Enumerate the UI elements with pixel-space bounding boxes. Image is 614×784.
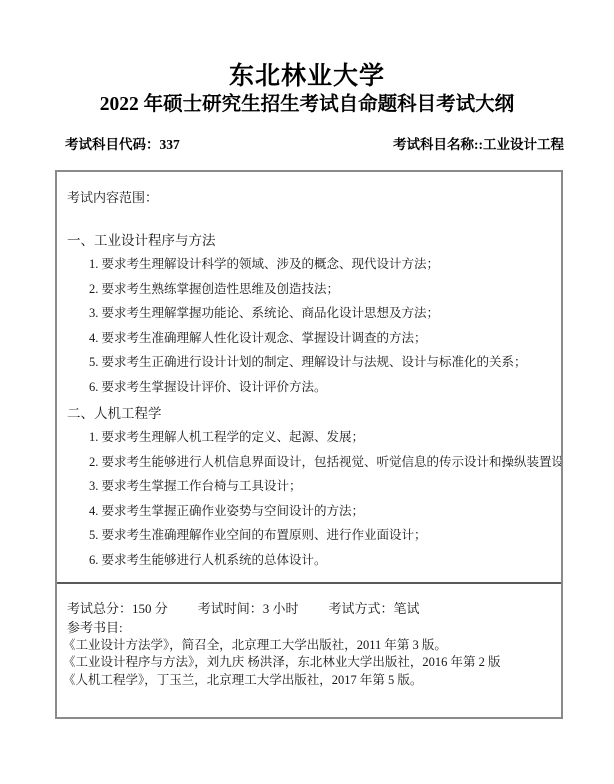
exam-method: 考试方式：笔试 <box>329 600 420 618</box>
section-ergonomics: 二、人机工程学 1. 要求考生理解人机工程学的定义、起源、发展； 2. 要求考生… <box>57 405 561 572</box>
divider-line <box>57 582 561 584</box>
outline-item: 3. 要求考生掌握工作台椅与工具设计； <box>89 474 561 499</box>
total-score: 考试总分：150 分 <box>67 600 168 618</box>
box-footer: 考试总分：150 分 考试时间：3 小时 考试方式：笔试 参考书目: 《工业设计… <box>57 582 561 689</box>
references-label: 参考书目: <box>67 619 561 637</box>
outline-item: 6. 要求考生掌握设计评价、设计评价方法。 <box>89 375 561 400</box>
reference-item: 《工业设计程序与方法》，刘九庆 杨洪泽，东北林业大学出版社，2016 年第 2 … <box>63 654 561 672</box>
content-box: 考试内容范围： 一、工业设计程序与方法 1. 要求考生理解设计科学的领域、涉及的… <box>55 170 563 719</box>
subject-name-label: 考试科目名称:: <box>393 137 483 152</box>
reference-item: 《人机工程学》，丁玉兰，北京理工大学出版社，2017 年第 5 版。 <box>63 672 561 690</box>
outline-item: 2. 要求考生熟练掌握创造性思维及创造技法； <box>89 277 561 302</box>
outline-item: 3. 要求考生理解掌握功能论、系统论、商品化设计思想及方法； <box>89 301 561 326</box>
reference-item: 《工业设计方法学》，简召全，北京理工大学出版社，2011 年第 3 版。 <box>63 637 561 655</box>
outline-item: 2. 要求考生能够进行人机信息界面设计，包括视觉、听觉信息的传示设计和操纵装置设… <box>89 450 561 475</box>
subject-name-value: 工业设计工程 <box>483 137 564 152</box>
section-industrial-design: 一、工业设计程序与方法 1. 要求考生理解设计科学的领域、涉及的概念、现代设计方… <box>57 232 561 399</box>
outline-item: 5. 要求考生准确理解作业空间的布置原则、进行作业面设计； <box>89 523 561 548</box>
outline-item: 1. 要求考生理解人机工程学的定义、起源、发展； <box>89 425 561 450</box>
exam-time: 考试时间：3 小时 <box>198 600 299 618</box>
outline-item: 4. 要求考生准确理解人性化设计观念、掌握设计调查的方法； <box>89 326 561 351</box>
section-1-items: 1. 要求考生理解设计科学的领域、涉及的概念、现代设计方法； 2. 要求考生熟练… <box>57 252 561 399</box>
section-2-items: 1. 要求考生理解人机工程学的定义、起源、发展； 2. 要求考生能够进行人机信息… <box>57 425 561 572</box>
exam-summary: 考试总分：150 分 考试时间：3 小时 考试方式：笔试 <box>67 600 561 618</box>
subject-code-label: 考试科目代码： <box>65 137 160 152</box>
subject-name: 考试科目名称::工业设计工程 <box>393 133 564 153</box>
page-subtitle: 2022 年硕士研究生招生考试自命题科目考试大纲 <box>0 88 614 116</box>
outline-item: 6. 要求考生能够进行人机系统的总体设计。 <box>89 548 561 573</box>
meta-row: 考试科目代码：337 考试科目名称::工业设计工程 <box>65 133 564 153</box>
outline-item: 1. 要求考生理解设计科学的领域、涉及的概念、现代设计方法； <box>89 252 561 277</box>
section-1-heading: 一、工业设计程序与方法 <box>67 232 561 250</box>
subject-code: 考试科目代码：337 <box>65 133 180 153</box>
document-page: 东北林业大学 2022 年硕士研究生招生考试自命题科目考试大纲 考试科目代码：3… <box>0 0 614 784</box>
subject-code-value: 337 <box>160 137 180 152</box>
outline-item: 4. 要求考生掌握正确作业姿势与空间设计的方法； <box>89 499 561 524</box>
page-title: 东北林业大学 <box>0 56 614 92</box>
section-2-heading: 二、人机工程学 <box>67 405 561 423</box>
outline-item: 5. 要求考生正确进行设计计划的制定、理解设计与法规、设计与标准化的关系； <box>89 350 561 375</box>
scope-label: 考试内容范围： <box>67 190 561 206</box>
